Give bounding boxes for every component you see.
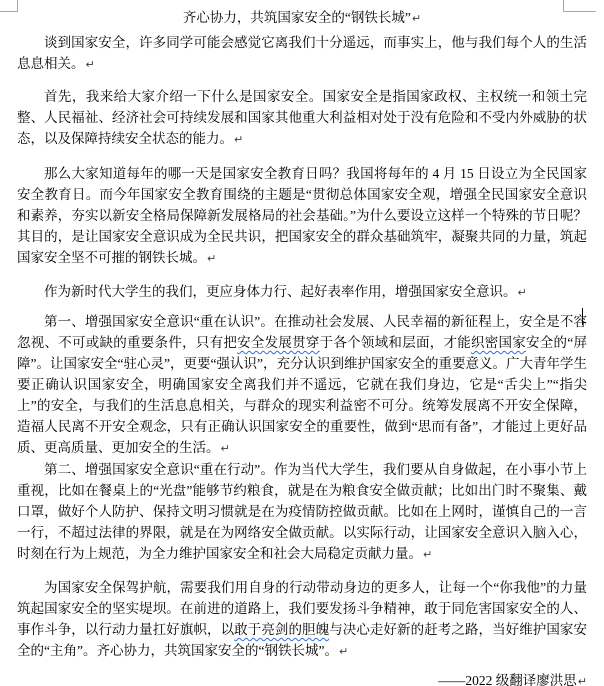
- text-run: 谈到国家安全，许多同学可能会感觉它离我们十分遥远，而事实上，他与我们每个人的生活…: [17, 35, 587, 71]
- paragraph-mark-icon: ↵: [423, 548, 432, 561]
- paragraph-6[interactable]: 第二、增强国家安全意识“重在行动”。作为当代大学生，我们要从自身做起，在小事小节…: [17, 459, 587, 565]
- crop-mark-top-left-icon: [0, 0, 18, 12]
- document-page[interactable]: 齐心协力，共筑国家安全的“钢铁长城”↵谈到国家安全，许多同学可能会感觉它离我们十…: [0, 0, 604, 686]
- document-body[interactable]: 齐心协力，共筑国家安全的“钢铁长城”↵谈到国家安全，许多同学可能会感觉它离我们十…: [17, 7, 587, 686]
- paragraph-mark-icon: ↵: [234, 133, 243, 146]
- paragraph-mark-icon: ↵: [412, 12, 421, 25]
- crop-mark-top-right-icon: [563, 0, 596, 12]
- text-run: 第二、增强国家安全意识“重在行动”。作为当代大学生，我们要从自身做起，在小事小节…: [17, 462, 587, 561]
- spellcheck-flagged-text: 安全发展贯穿: [237, 335, 320, 350]
- paragraph-mark-icon: ↵: [86, 58, 95, 71]
- paragraph-mark-icon: ↵: [518, 286, 527, 299]
- paragraph-mark-icon: ↵: [339, 645, 348, 658]
- paragraph-mark-icon: ↵: [207, 252, 216, 265]
- text-run: ——2022 级翻译廖洪思: [438, 673, 576, 686]
- paragraph-7[interactable]: 为国家安全保驾护航，需要我们用自身的行动带动身边的更多人，让每一个“你我他”的力…: [17, 577, 587, 662]
- paragraph-mark-icon: ↵: [578, 675, 587, 686]
- text-run: 安全的“屏障”。让国家安全“驻心灵”，更要“强认识”，充分认识到维护国家安全的重…: [17, 335, 587, 455]
- text-run: 那么大家知道每年的哪一天是国家安全教育日吗？我国将每年的 4 月 15 日设立为…: [17, 166, 587, 265]
- text-run: 齐心协力，共筑国家安全的“钢铁长城”: [183, 10, 411, 25]
- paragraph-2[interactable]: 首先，我来给大家介绍一下什么是国家安全。国家安全是指国家政权、主权统一和领土完整…: [17, 86, 587, 150]
- paragraph-3[interactable]: 那么大家知道每年的哪一天是国家安全教育日吗？我国将每年的 4 月 15 日设立为…: [17, 163, 587, 269]
- paragraph-5[interactable]: 第一、增强国家安全意识“重在认识”。在推动社会发展、人民幸福的新征程上，安全是不…: [17, 311, 587, 459]
- document-title[interactable]: 齐心协力，共筑国家安全的“钢铁长城”↵: [17, 7, 587, 29]
- paragraph-1[interactable]: 谈到国家安全，许多同学可能会感觉它离我们十分遥远，而事实上，他与我们每个人的生活…: [17, 32, 587, 75]
- spellcheck-flagged-text: 织密国家: [471, 335, 526, 350]
- text-run: 首先，我来给大家介绍一下什么是国家安全。国家安全是指国家政权、主权统一和领土完整…: [17, 89, 587, 146]
- signature-line[interactable]: ——2022 级翻译廖洪思↵: [17, 670, 587, 686]
- text-run: 作为新时代大学生的我们，更应身体力行、起好表率作用，增强国家安全意识。: [44, 284, 517, 299]
- text-cursor: [582, 308, 583, 325]
- paragraph-4[interactable]: 作为新时代大学生的我们，更应身体力行、起好表率作用，增强国家安全意识。↵: [17, 281, 587, 303]
- text-run: 于各个领域和层面，才能: [320, 335, 471, 350]
- spellcheck-flagged-text: 敢于亮剑的胆魄: [234, 622, 329, 637]
- paragraph-mark-icon: ↵: [221, 442, 230, 455]
